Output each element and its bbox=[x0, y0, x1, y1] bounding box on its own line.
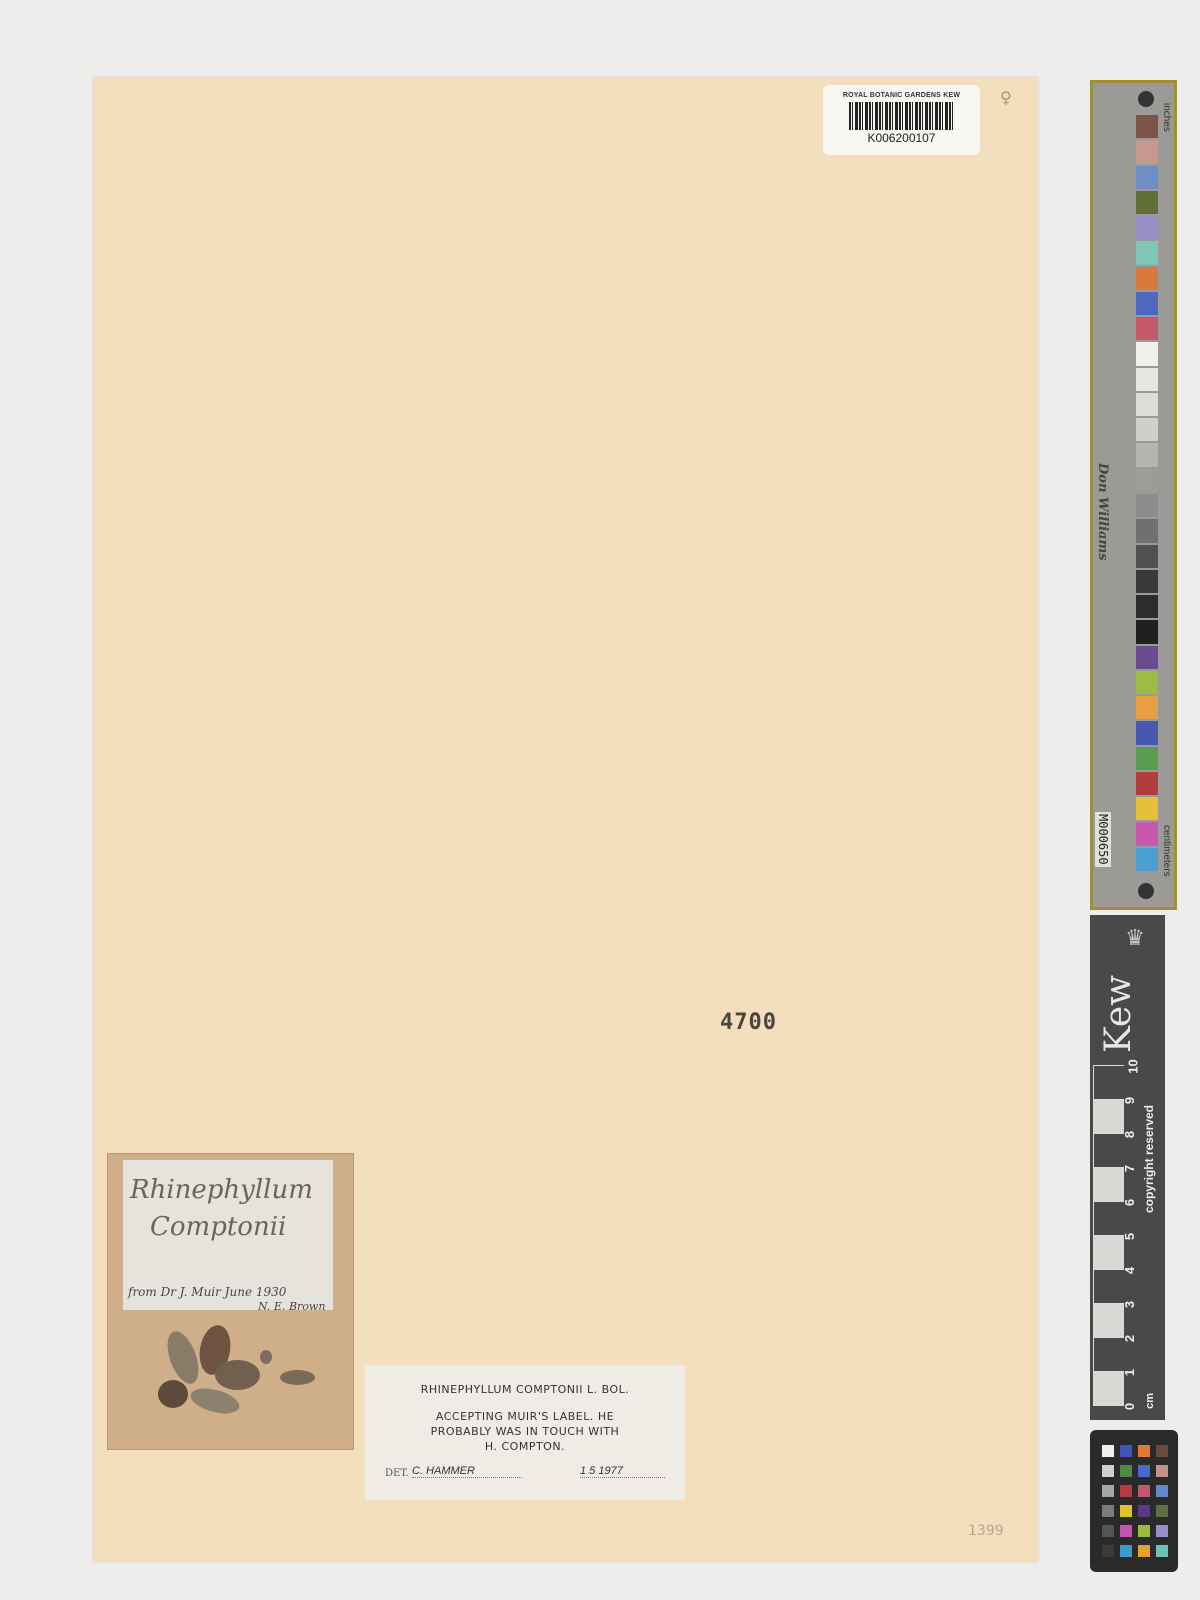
copyright-notice: copyright reserved bbox=[1142, 1105, 1156, 1213]
color-checker-swatch bbox=[1156, 1465, 1168, 1477]
specimen-fragment bbox=[260, 1350, 272, 1364]
packet-collector: from Dr J. Muir June 1930 bbox=[128, 1285, 286, 1299]
cm-ruler bbox=[1093, 1065, 1123, 1415]
color-swatch bbox=[1136, 646, 1158, 669]
strip-hole-icon bbox=[1138, 883, 1154, 899]
color-swatch bbox=[1136, 545, 1158, 568]
color-swatch bbox=[1136, 115, 1158, 138]
barcode-number: K006200107 bbox=[823, 131, 980, 145]
packet-determiner: N. E. Brown bbox=[258, 1300, 325, 1313]
color-swatch bbox=[1136, 267, 1158, 290]
kew-crest-icon: ♛ bbox=[1120, 925, 1150, 955]
kew-logo: Kew bbox=[1098, 975, 1139, 1053]
ruler-number: 4 bbox=[1122, 1267, 1137, 1274]
color-checker-swatch bbox=[1102, 1545, 1114, 1557]
ruler-segment bbox=[1093, 1099, 1124, 1134]
ruler-segment bbox=[1093, 1371, 1124, 1406]
barcode-icon bbox=[849, 102, 954, 130]
ruler-number: 9 bbox=[1122, 1097, 1137, 1104]
color-swatch bbox=[1136, 393, 1158, 416]
strip-unit-inches: inches bbox=[1161, 103, 1172, 132]
det-line-3: PROBABLY WAS IN TOUCH WITH bbox=[365, 1425, 685, 1438]
color-swatch bbox=[1136, 747, 1158, 770]
color-swatch bbox=[1136, 519, 1158, 542]
color-swatch bbox=[1136, 570, 1158, 593]
color-swatch bbox=[1136, 671, 1158, 694]
cm-unit-label: cm bbox=[1144, 1393, 1156, 1409]
color-swatch bbox=[1136, 494, 1158, 517]
color-swatch bbox=[1136, 191, 1158, 214]
color-checker-swatch bbox=[1138, 1545, 1150, 1557]
color-checker-swatch bbox=[1156, 1545, 1168, 1557]
color-checker-swatch bbox=[1120, 1465, 1132, 1477]
ruler-number: 10 bbox=[1126, 1059, 1141, 1073]
specimen-fragment bbox=[158, 1380, 188, 1408]
det-name: C. HAMMER bbox=[412, 1465, 522, 1478]
color-swatch bbox=[1136, 140, 1158, 163]
packet-genus: Rhinephyllum bbox=[130, 1175, 313, 1205]
ruler-segment bbox=[1093, 1133, 1124, 1168]
ruler-number: 0 bbox=[1122, 1403, 1137, 1410]
color-checker-swatch bbox=[1156, 1525, 1168, 1537]
det-line-1: RHINEPHYLLUM COMPTONII L. BOL. bbox=[365, 1383, 685, 1396]
color-swatch bbox=[1136, 696, 1158, 719]
ruler-number: 7 bbox=[1122, 1165, 1137, 1172]
determination-label: RHINEPHYLLUM COMPTONII L. BOL. ACCEPTING… bbox=[365, 1365, 685, 1500]
color-swatch bbox=[1136, 241, 1158, 264]
stamp-number: 4700 bbox=[720, 1010, 777, 1035]
ruler-segment bbox=[1093, 1337, 1124, 1372]
color-swatch bbox=[1136, 166, 1158, 189]
color-checker-swatch bbox=[1138, 1485, 1150, 1497]
color-checker-swatch bbox=[1102, 1445, 1114, 1457]
ruler-number: 5 bbox=[1122, 1233, 1137, 1240]
color-swatch bbox=[1136, 797, 1158, 820]
color-swatch bbox=[1136, 772, 1158, 795]
color-checker-swatch bbox=[1138, 1505, 1150, 1517]
ruler-segment bbox=[1093, 1201, 1124, 1236]
color-checker-card bbox=[1090, 1430, 1178, 1572]
institution-name: ROYAL BOTANIC GARDENS KEW bbox=[823, 92, 980, 99]
color-swatch bbox=[1136, 292, 1158, 315]
color-checker-swatch bbox=[1120, 1445, 1132, 1457]
color-swatch bbox=[1136, 848, 1158, 871]
strip-unit-centimeters: centimeters bbox=[1161, 825, 1172, 877]
color-swatch bbox=[1136, 595, 1158, 618]
color-swatch bbox=[1136, 469, 1158, 492]
ruler-number: 6 bbox=[1122, 1199, 1137, 1206]
ruler-segment bbox=[1093, 1269, 1124, 1304]
color-swatch bbox=[1136, 317, 1158, 340]
color-swatch bbox=[1136, 620, 1158, 643]
strip-hole-icon bbox=[1138, 91, 1154, 107]
color-swatch bbox=[1136, 822, 1158, 845]
ruler-number: 8 bbox=[1122, 1131, 1137, 1138]
color-checker-swatch bbox=[1120, 1525, 1132, 1537]
color-checker-swatch bbox=[1102, 1505, 1114, 1517]
specimen-fragment bbox=[215, 1360, 260, 1390]
color-swatch bbox=[1136, 216, 1158, 239]
strip-code: M000650 bbox=[1095, 812, 1111, 867]
color-checker-swatch bbox=[1156, 1505, 1168, 1517]
pencil-mark: ♀ bbox=[1000, 88, 1012, 107]
color-checker-swatch bbox=[1102, 1485, 1114, 1497]
color-checker-swatch bbox=[1102, 1465, 1114, 1477]
det-line-2: ACCEPTING MUIR'S LABEL. HE bbox=[365, 1410, 685, 1423]
color-checker-swatch bbox=[1138, 1445, 1150, 1457]
ruler-segment bbox=[1093, 1235, 1124, 1270]
det-prefix: DET. bbox=[385, 1468, 409, 1479]
color-checker-swatch bbox=[1138, 1525, 1150, 1537]
det-date: 1 5 1977 bbox=[580, 1465, 665, 1478]
packet-species: Comptonii bbox=[150, 1212, 286, 1242]
ruler-number: 1 bbox=[1122, 1369, 1137, 1376]
ruler-number: 2 bbox=[1122, 1335, 1137, 1342]
color-swatch bbox=[1136, 443, 1158, 466]
color-checker-swatch bbox=[1102, 1525, 1114, 1537]
kew-scale-bar: ♛ Kew 012345678910 copyright reserved cm bbox=[1090, 915, 1165, 1420]
color-swatch bbox=[1136, 721, 1158, 744]
strip-brand: Don Williams bbox=[1095, 463, 1110, 561]
color-checker-swatch bbox=[1120, 1545, 1132, 1557]
ruler-segment bbox=[1093, 1167, 1124, 1202]
specimen-fragment bbox=[280, 1370, 315, 1385]
ruler-number: 3 bbox=[1122, 1301, 1137, 1308]
sheet-number: 1399 bbox=[968, 1523, 1004, 1539]
color-checker-swatch bbox=[1120, 1505, 1132, 1517]
color-checker-swatch bbox=[1156, 1485, 1168, 1497]
color-swatch bbox=[1136, 368, 1158, 391]
color-checker-swatch bbox=[1156, 1445, 1168, 1457]
barcode-label: ROYAL BOTANIC GARDENS KEW K006200107 bbox=[823, 85, 980, 155]
color-checker-swatch bbox=[1138, 1465, 1150, 1477]
det-line-4: H. COMPTON. bbox=[365, 1440, 685, 1453]
ruler-segment bbox=[1093, 1065, 1124, 1100]
ruler-segment bbox=[1093, 1303, 1124, 1338]
color-calibration-strip: inches centimeters Don Williams M000650 bbox=[1090, 80, 1177, 910]
color-swatch bbox=[1136, 342, 1158, 365]
color-checker-swatch bbox=[1120, 1485, 1132, 1497]
color-swatch bbox=[1136, 418, 1158, 441]
